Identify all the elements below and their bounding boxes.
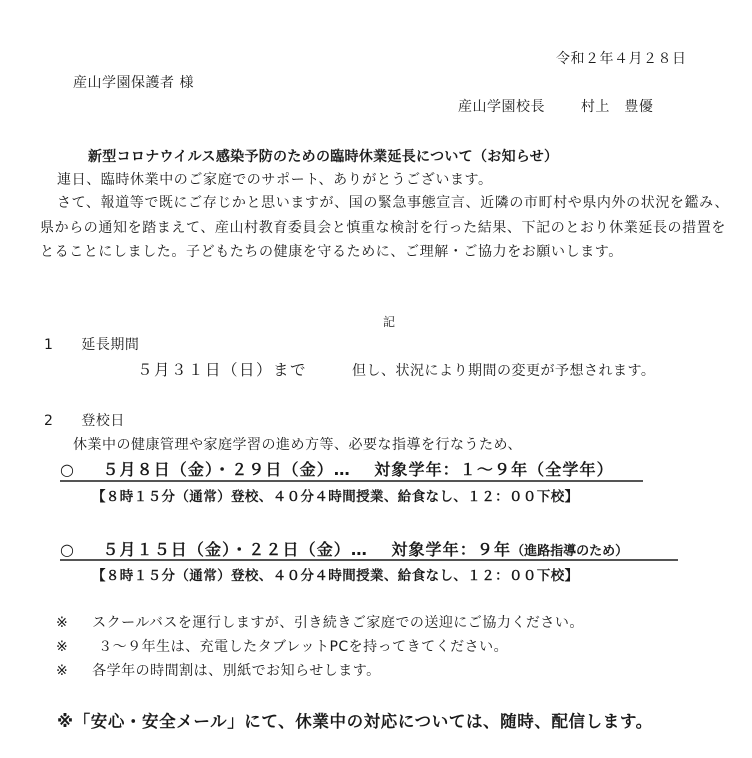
note-text: ３～９年生は、充電したタブレットPCを持ってきてください。	[98, 639, 508, 655]
underline	[60, 559, 678, 561]
school-day-1: ○ ５月８日（金）・２９日（金）… 対象学年：１～９年（全学年）	[60, 457, 614, 480]
school-day-2-schedule: 【８時１５分（通常）登校、４０分４時間授業、給食なし、１２：００下校】	[92, 564, 579, 584]
note-text: スクールバスを運行しますが、引き続きご家庭での送迎にご協力ください。	[92, 615, 584, 631]
section-title: 登校日	[81, 413, 125, 429]
school-day-1-schedule: 【８時１５分（通常）登校、４０分４時間授業、給食なし、１２：００下校】	[92, 485, 579, 505]
sender-name: 村上 豊優	[581, 99, 654, 115]
extension-note: 但し、状況により期間の変更が予想されます。	[352, 360, 655, 380]
greeting-paragraph: 連日、臨時休業中のご家庭でのサポート、ありがとうございます。	[57, 169, 493, 189]
reference-mark: ※	[56, 639, 68, 655]
reference-mark: ※	[56, 663, 68, 679]
note-item: ※ 各学年の時間割は、別紙でお知らせします。	[56, 660, 381, 680]
circle-marker: ○	[60, 540, 75, 559]
section-2-heading: 2 登校日	[44, 410, 125, 430]
ki-heading: 記	[383, 313, 395, 330]
extension-period: ５月３１日（日）まで	[137, 358, 307, 380]
recipient: 産山学園保護者 様	[73, 72, 194, 92]
reference-mark: ※	[56, 615, 68, 631]
school-day-dates: ５月１５日（金）・２２日（金）…	[102, 540, 368, 559]
sender: 産山学園校長 村上 豊優	[458, 96, 653, 116]
note-item: ※ スクールバスを運行しますが、引き続きご家庭での送迎にご協力ください。	[56, 612, 584, 632]
section-number: 2	[44, 413, 53, 429]
school-day-target: 対象学年：１～９年（全学年）	[374, 460, 613, 479]
note-text: 各学年の時間割は、別紙でお知らせします。	[92, 663, 380, 679]
school-day-dates: ５月８日（金）・２９日（金）…	[102, 460, 351, 479]
school-day-2: ○ ５月１５日（金）・２２日（金）… 対象学年：９年（進路指導のため）	[60, 537, 628, 560]
section-2-intro: 休業中の健康管理や家庭学習の進め方等、必要な指導を行なうため、	[73, 434, 522, 454]
main-paragraph: さて、報道等で既にご存じかと思いますが、国の緊急事態宣言、近隣の市町村や県内外の…	[40, 191, 740, 265]
document-date: 令和２年４月２８日	[556, 48, 687, 68]
section-number: 1	[44, 337, 53, 353]
section-title: 延長期間	[81, 337, 139, 353]
underline	[60, 480, 643, 482]
circle-marker: ○	[60, 460, 75, 479]
sender-title: 産山学園校長	[458, 99, 545, 115]
document-title: 新型コロナウイルス感染予防のための臨時休業延長について（お知らせ）	[88, 146, 558, 166]
note-item: ※ ３～９年生は、充電したタブレットPCを持ってきてください。	[56, 636, 508, 656]
school-day-target-note: （進路指導のため）	[511, 544, 628, 559]
footer-notice: ※「安心・安全メール」にて、休業中の対応については、随時、配信します。	[57, 708, 653, 732]
section-1-heading: 1 延長期間	[44, 334, 139, 354]
school-day-target: 対象学年：９年	[391, 540, 511, 559]
